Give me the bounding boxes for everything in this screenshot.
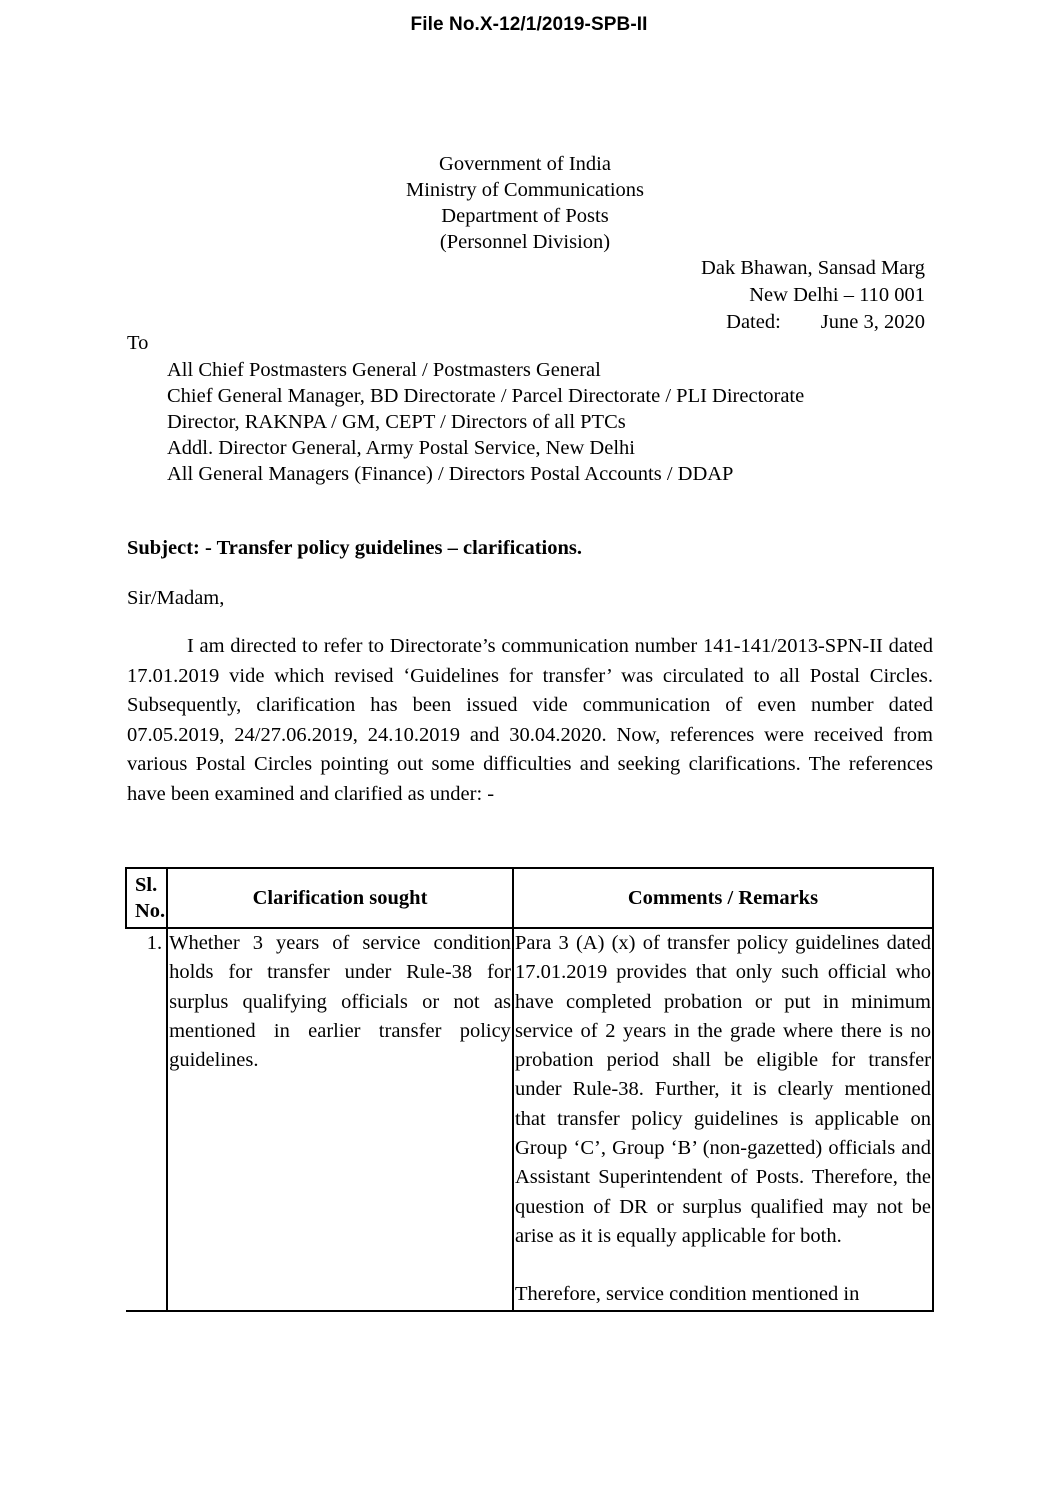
subject-line: Subject: - Transfer policy guidelines – … [127, 537, 582, 560]
recipient-item: Addl. Director General, Army Postal Serv… [167, 435, 925, 461]
header-clarification: Clarification sought [167, 868, 513, 928]
recipient-item: Director, RAKNPA / GM, CEPT / Directors … [167, 409, 925, 435]
clarifications-table: Sl. No. Clarification sought Comments / … [125, 867, 934, 1312]
org-line-government: Government of India [360, 151, 690, 177]
file-number: File No.X-12/1/2019-SPB-II [0, 14, 1058, 36]
letter-date: June 3, 2020 [821, 309, 925, 336]
remark-paragraph: Para 3 (A) (x) of transfer policy guidel… [515, 929, 931, 1251]
cell-clarification: Whether 3 years of service condition hol… [167, 928, 513, 1311]
address-block: Dak Bhawan, Sansad Marg New Delhi – 110 … [701, 255, 925, 336]
recipient-item: All General Managers (Finance) / Directo… [167, 461, 925, 487]
org-line-department: Department of Posts [360, 203, 690, 229]
org-line-ministry: Ministry of Communications [360, 177, 690, 203]
table-header-row: Sl. No. Clarification sought Comments / … [126, 868, 933, 928]
table-row: 1. Whether 3 years of service condition … [126, 928, 933, 1311]
org-line-division: (Personnel Division) [360, 229, 690, 255]
cell-remarks: Para 3 (A) (x) of transfer policy guidel… [513, 928, 933, 1311]
cell-sl-no: 1. [126, 928, 167, 1311]
recipients-list: All Chief Postmasters General / Postmast… [167, 357, 925, 487]
to-label: To [127, 332, 148, 355]
paragraph-gap [515, 1251, 931, 1280]
dated-label: Dated: [726, 309, 781, 336]
remark-paragraph: Therefore, service condition mentioned i… [515, 1280, 931, 1309]
salutation: Sir/Madam, [127, 587, 224, 610]
header-remarks: Comments / Remarks [513, 868, 933, 928]
dated-row: Dated: June 3, 2020 [726, 309, 925, 336]
recipient-item: All Chief Postmasters General / Postmast… [167, 357, 925, 383]
address-line-1: Dak Bhawan, Sansad Marg [701, 255, 925, 282]
organization-block: Government of India Ministry of Communic… [360, 151, 690, 255]
recipient-item: Chief General Manager, BD Directorate / … [167, 383, 925, 409]
body-paragraph: I am directed to refer to Directorate’s … [127, 632, 933, 809]
address-line-2: New Delhi – 110 001 [701, 282, 925, 309]
header-sl-no: Sl. No. [126, 868, 167, 928]
